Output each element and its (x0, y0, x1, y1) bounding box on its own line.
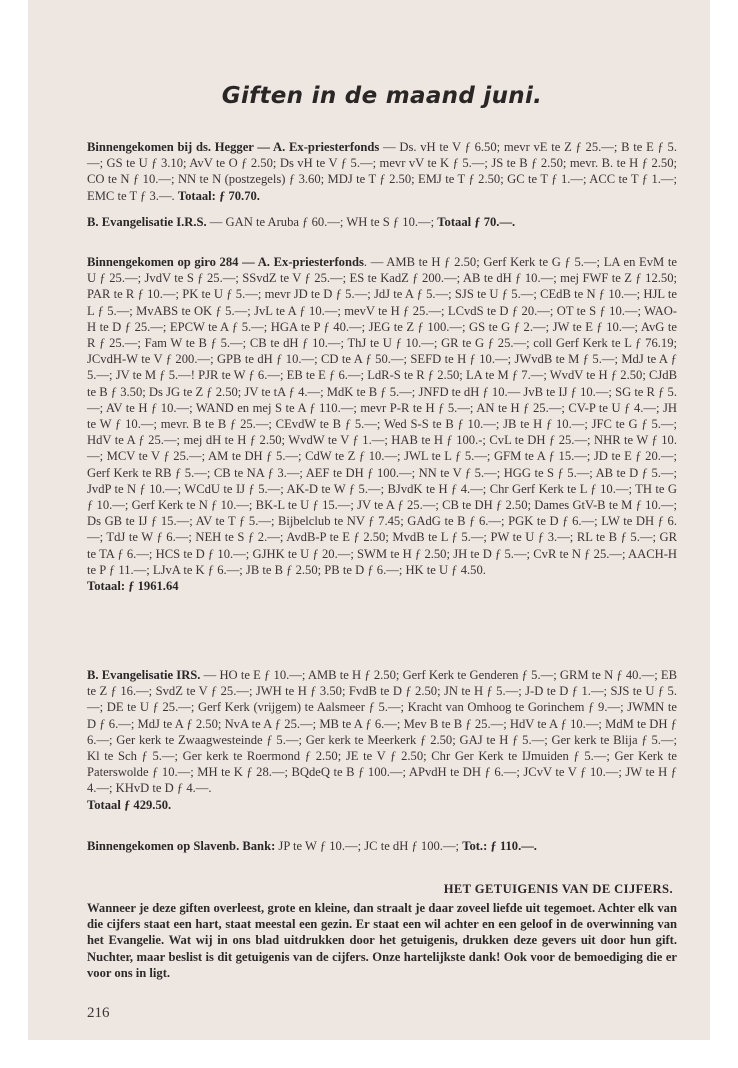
section-body: — GAN te Aruba ƒ 60.—; WH te S ƒ 10.—; (207, 215, 438, 229)
section-heading: Binnengekomen op giro 284 — A. Ex-priest… (87, 255, 364, 269)
section-heading: Binnengekomen op Slavenb. Bank: (87, 839, 275, 853)
section-heading: B. Evangelisatie IRS. (87, 668, 200, 682)
section-slavenburg-bank: Binnengekomen op Slavenb. Bank: JP te W … (87, 838, 677, 854)
getuigenis-paragraph: Wanneer je deze giften overleest, grote … (87, 900, 677, 981)
section-hegger-evangelisatie: B. Evangelisatie I.R.S. — GAN te Aruba ƒ… (87, 214, 677, 230)
section-total: Tot.: ƒ 110.—. (462, 839, 537, 853)
section-giro-ex-priesterfonds: Binnengekomen op giro 284 — A. Ex-priest… (87, 254, 677, 594)
section-total: Totaal ƒ 429.50. (87, 798, 171, 812)
section-hegger-ex-priesterfonds: Binnengekomen bij ds. Hegger — A. Ex-pri… (87, 139, 677, 204)
section-body: JP te W ƒ 10.—; JC te dH ƒ 100.—; (275, 839, 462, 853)
page-number: 216 (87, 1005, 110, 1021)
section-heading: B. Evangelisatie I.R.S. (87, 215, 207, 229)
page-title: Giften in de maand juni. (87, 88, 677, 104)
section-total: Totaal: ƒ 1961.64 (87, 579, 179, 593)
getuigenis-heading: HET GETUIGENIS VAN DE CIJFERS. (87, 881, 673, 897)
section-giro-evangelisatie: B. Evangelisatie IRS. — HO te E ƒ 10.—; … (87, 667, 677, 813)
section-body: . — AMB te H ƒ 2.50; Gerf Kerk te G ƒ 5.… (87, 255, 677, 577)
section-heading: Binnengekomen bij ds. Hegger — A. Ex-pri… (87, 140, 379, 154)
section-total: Totaal ƒ 70.—. (437, 215, 515, 229)
section-body: — HO te E ƒ 10.—; AMB te H ƒ 2.50; Gerf … (87, 668, 677, 795)
section-total: Totaal: ƒ 70.70. (178, 189, 260, 203)
